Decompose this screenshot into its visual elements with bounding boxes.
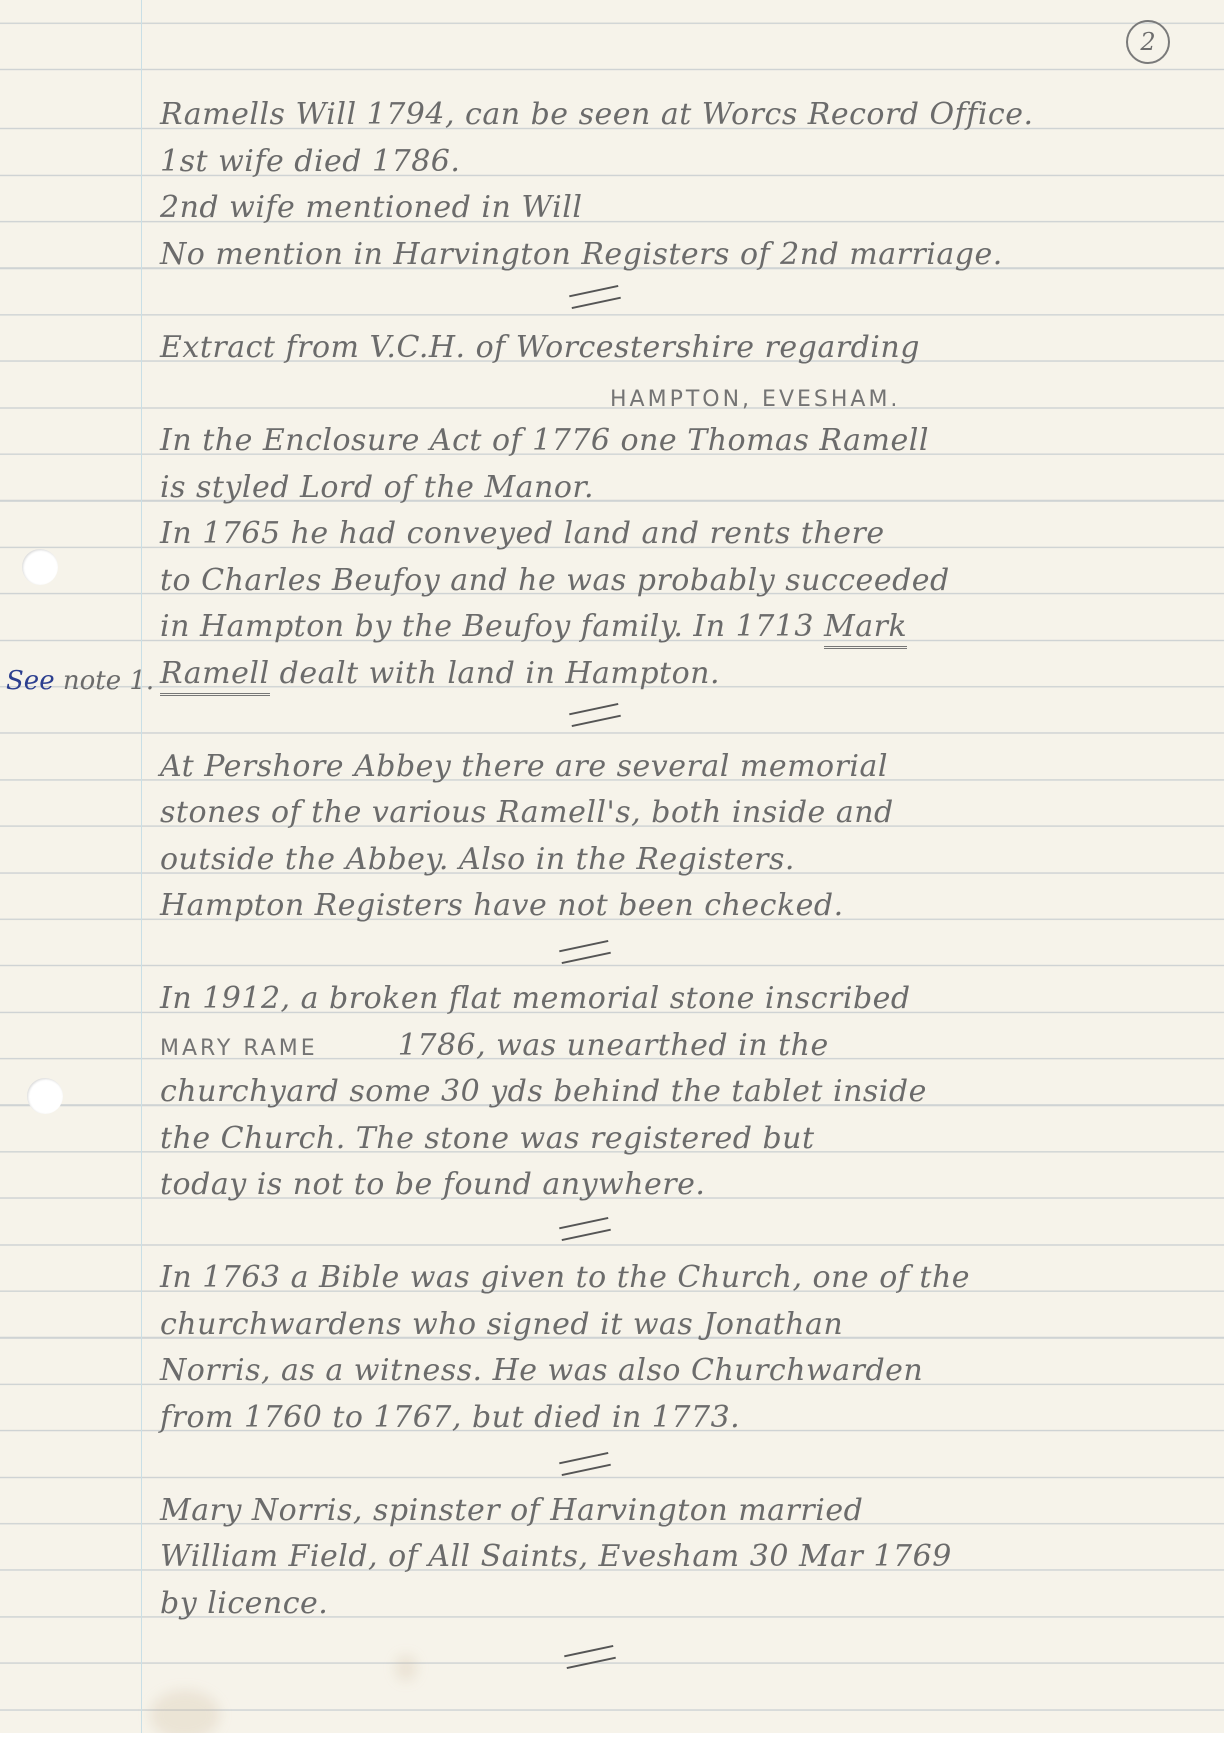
text-line: In 1763 a Bible was given to the Church,… xyxy=(160,1263,970,1293)
text-line: Ramell dealt with land in Hampton. xyxy=(160,659,720,689)
text-line: Mary Norris, spinster of Harvington marr… xyxy=(160,1496,863,1526)
text-line: At Pershore Abbey there are several memo… xyxy=(160,752,888,782)
text-line: In 1765 he had conveyed land and rents t… xyxy=(160,519,885,549)
text-line: 2nd wife mentioned in Will xyxy=(160,193,582,223)
section-separator xyxy=(559,940,611,964)
text-span: in Hampton by the Beufoy family. In 1713 xyxy=(160,609,814,644)
underlined-name: Mark xyxy=(824,609,907,649)
lined-paper-page: 2 Ramells Will 1794, can be seen at Worc… xyxy=(0,0,1224,1733)
text-line: today is not to be found anywhere. xyxy=(160,1170,705,1200)
text-line: No mention in Harvington Registers of 2n… xyxy=(160,240,1003,270)
margin-note-see: See xyxy=(6,666,55,696)
text-line: churchwardens who signed it was Jonathan xyxy=(160,1310,843,1340)
text-line: to Charles Beufoy and he was probably su… xyxy=(160,566,950,596)
text-line: Hampton Registers have not been checked. xyxy=(160,891,844,921)
text-line: is styled Lord of the Manor. xyxy=(160,473,594,503)
text-line: the Church. The stone was registered but xyxy=(160,1124,815,1154)
margin-note: See note 1. xyxy=(6,666,154,696)
text-line: In the Enclosure Act of 1776 one Thomas … xyxy=(160,426,929,456)
text-line: Ramells Will 1794, can be seen at Worcs … xyxy=(160,100,1034,130)
text-line: Extract from V.C.H. of Worcestershire re… xyxy=(160,333,920,363)
section-separator xyxy=(564,1645,616,1669)
text-line: from 1760 to 1767, but died in 1773. xyxy=(160,1403,740,1433)
text-line: 1st wife died 1786. xyxy=(160,147,460,177)
inscription-name: MARY RAME xyxy=(160,1036,318,1061)
section-separator xyxy=(569,703,621,727)
text-line: Norris, as a witness. He was also Church… xyxy=(160,1356,923,1386)
underlined-name: Ramell xyxy=(160,656,270,696)
margin-note-ref: note 1. xyxy=(63,666,154,696)
text-line: William Field, of All Saints, Evesham 30… xyxy=(160,1542,952,1572)
text-line: stones of the various Ramell's, both ins… xyxy=(160,798,894,828)
text-line: In 1912, a broken flat memorial stone in… xyxy=(160,984,911,1014)
paper-stain xyxy=(150,1690,220,1733)
text-line: by licence. xyxy=(160,1589,328,1619)
text-line: outside the Abbey. Also in the Registers… xyxy=(160,845,795,875)
punch-hole xyxy=(27,1078,63,1114)
text-line: HAMPTON, EVESHAM. xyxy=(610,389,900,411)
text-line: churchyard some 30 yds behind the tablet… xyxy=(160,1077,927,1107)
section-separator xyxy=(569,285,621,309)
margin-rule xyxy=(141,0,142,1733)
text-span: 1786, was unearthed in the xyxy=(398,1028,829,1063)
punch-hole xyxy=(22,549,58,585)
paper-stain xyxy=(395,1655,417,1681)
text-line: in Hampton by the Beufoy family. In 1713… xyxy=(160,612,907,642)
page-number-circle: 2 xyxy=(1126,20,1170,64)
text-span: dealt with land in Hampton. xyxy=(280,656,720,691)
page-number: 2 xyxy=(1140,28,1155,56)
text-line: MARY RAME 1786, was unearthed in the xyxy=(160,1031,829,1061)
section-separator xyxy=(559,1452,611,1476)
section-separator xyxy=(559,1217,611,1241)
